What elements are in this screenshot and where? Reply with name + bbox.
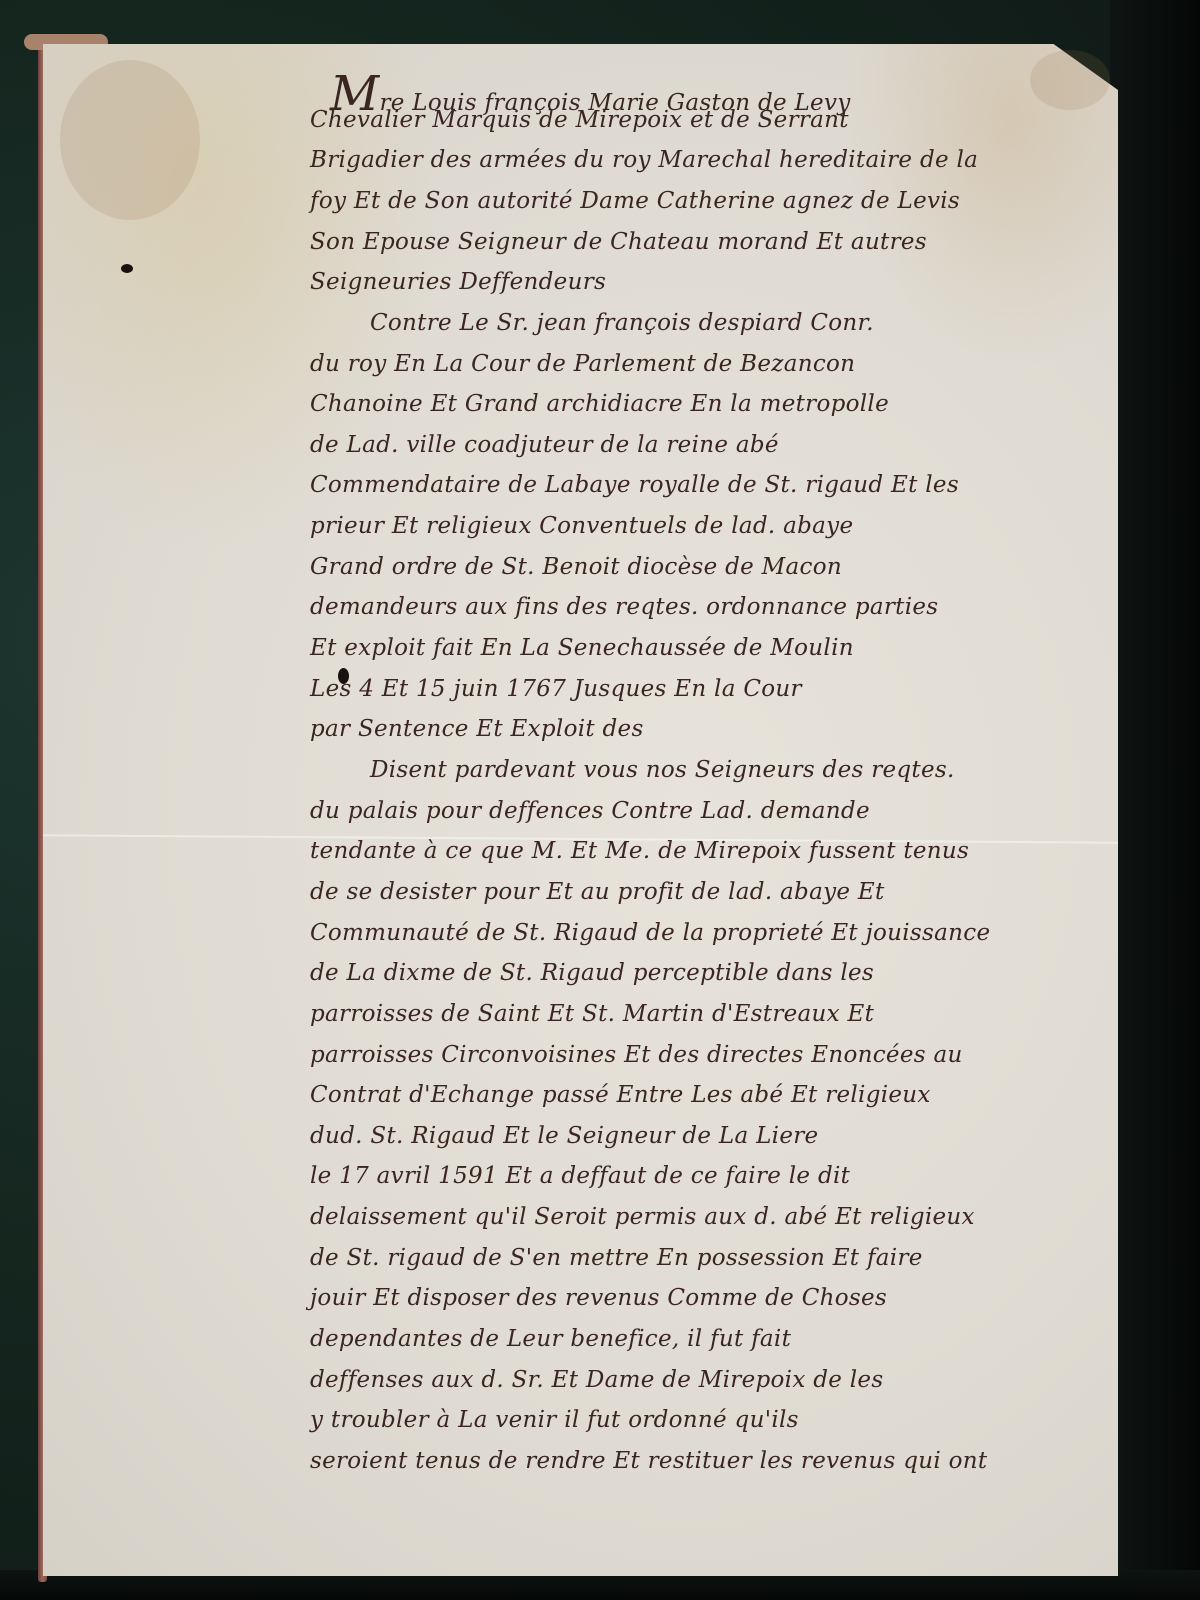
text-line: delaissement qu'il Seroit permis aux d. … — [310, 1204, 975, 1230]
text-line: seroient tenus de rendre Et restituer le… — [310, 1448, 987, 1474]
text-line: dependantes de Leur benefice, il fut fai… — [310, 1326, 791, 1352]
text-line: Disent pardevant vous nos Seigneurs des … — [370, 757, 955, 783]
text-line: Grand ordre de St. Benoit diocèse de Mac… — [310, 554, 842, 580]
text-line: dud. St. Rigaud Et le Seigneur de La Lie… — [310, 1123, 818, 1149]
text-line: de St. rigaud de S'en mettre En possessi… — [310, 1245, 923, 1271]
text-line: Seigneuries Deffendeurs — [310, 269, 606, 295]
text-line: de se desister pour Et au profit de lad.… — [310, 879, 885, 905]
text-line: Contrat d'Echange passé Entre Les abé Et… — [310, 1082, 931, 1108]
text-line: Et exploit fait En La Senechaussée de Mo… — [310, 635, 854, 661]
text-line: de La dixme de St. Rigaud perceptible da… — [310, 960, 874, 986]
text-line: Les 4 Et 15 juin 1767 Jusques En la Cour — [310, 676, 802, 702]
text-line: prieur Et religieux Conventuels de lad. … — [310, 513, 853, 539]
text-line: parroisses de Saint Et St. Martin d'Estr… — [310, 1001, 874, 1027]
text-line: Chanoine Et Grand archidiacre En la metr… — [310, 391, 889, 417]
text-line: y troubler à La venir il fut ordonné qu'… — [310, 1407, 799, 1433]
text-line: du roy En La Cour de Parlement de Bezanc… — [310, 351, 855, 377]
text-line: tendante à ce que M. Et Me. de Mirepoix … — [310, 838, 969, 864]
text-line: Contre Le Sr. jean françois despiard Con… — [370, 310, 874, 336]
paper-stain — [1030, 50, 1110, 110]
dark-right-edge — [1110, 0, 1200, 1600]
text-line: Chevalier Marquis de Mirepoix et de Serr… — [310, 107, 849, 133]
text-line: Brigadier des armées du roy Marechal her… — [310, 147, 978, 173]
paper-stain — [60, 60, 200, 220]
text-line: de Lad. ville coadjuteur de la reine abé — [310, 432, 779, 458]
text-line: du palais pour deffences Contre Lad. dem… — [310, 798, 870, 824]
text-line: parroisses Circonvoisines Et des directe… — [310, 1042, 963, 1068]
text-line: Son Epouse Seigneur de Chateau morand Et… — [310, 229, 927, 255]
ink-spot — [121, 264, 133, 273]
text-line: foy Et de Son autorité Dame Catherine ag… — [310, 188, 960, 214]
text-line: jouir Et disposer des revenus Comme de C… — [310, 1285, 887, 1311]
text-line: deffenses aux d. Sr. Et Dame de Mirepoix… — [310, 1367, 883, 1393]
text-line: par Sentence Et Exploit des — [310, 716, 644, 742]
text-line: le 17 avril 1591 Et a deffaut de ce fair… — [310, 1163, 850, 1189]
text-line: Communauté de St. Rigaud de la proprieté… — [310, 920, 990, 946]
text-line: Commendataire de Labaye royalle de St. r… — [310, 472, 959, 498]
text-line: demandeurs aux fins des reqtes. ordonnan… — [310, 594, 938, 620]
